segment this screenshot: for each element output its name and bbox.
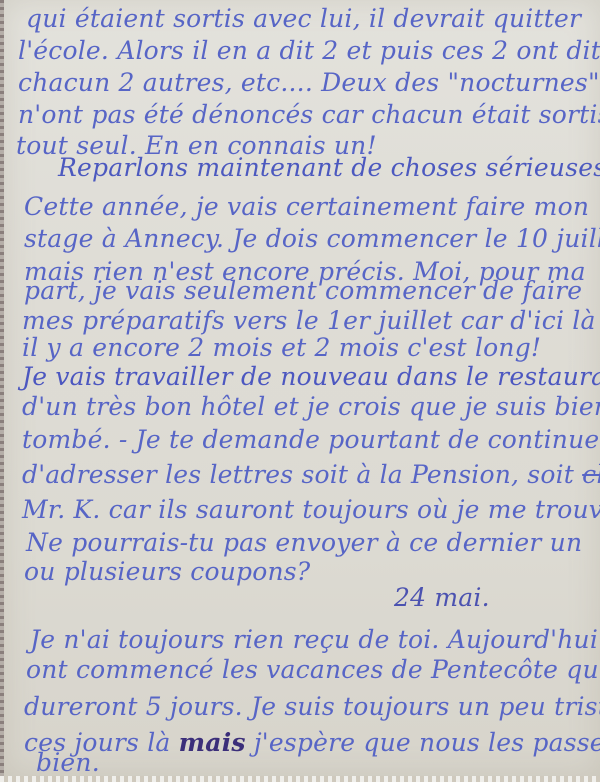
text-segment: d'adresser les lettres soit à la Pension… [22,460,582,489]
text-line: Je vais travailler de nouveau dans le re… [22,362,600,392]
text-line: tombé. - Je te demande pourtant de conti… [22,425,600,455]
text-line: stage à Annecy. Je dois commencer le 10 … [24,224,600,254]
text-line: chacun 2 autres, etc.... Deux des "noctu… [18,68,600,98]
text-line: d'un très bon hôtel et je crois que je s… [22,392,600,422]
struck-out-word: chez [582,460,600,489]
text-line: n'ont pas été dénoncés car chacun était … [18,100,600,130]
text-line: dureront 5 jours. Je suis toujours un pe… [24,692,600,722]
text-line: Je n'ai toujours rien reçu de toi. Aujou… [30,625,600,655]
text-line: Cette année, je vais certainement faire … [24,192,600,222]
date-heading: 24 mai. [394,583,600,613]
text-line: d'adresser les lettres soit à la Pension… [22,460,600,490]
text-line: l'école. Alors il en a dit 2 et puis ces… [18,36,600,66]
text-line: Reparlons maintenant de choses sérieuses… [58,153,600,183]
text-line: mes préparatifs vers le 1er juillet car … [22,306,600,336]
torn-left-edge [0,0,4,782]
text-line: Ne pourrais-tu pas envoyer à ce dernier … [26,528,600,558]
text-line: Mr. K. car ils sauront toujours où je me… [22,495,600,525]
deckled-bottom-edge [0,776,600,782]
text-line: bien. [36,748,600,778]
text-line: part, je vais seulement commencer de fai… [24,276,600,306]
text-line: il y a encore 2 mois et 2 mois c'est lon… [22,333,600,363]
letter-page: qui étaient sortis avec lui, il devrait … [4,0,600,778]
text-line: qui étaient sortis avec lui, il devrait … [26,4,600,34]
text-line: ont commencé les vacances de Pentecôte q… [26,655,600,685]
